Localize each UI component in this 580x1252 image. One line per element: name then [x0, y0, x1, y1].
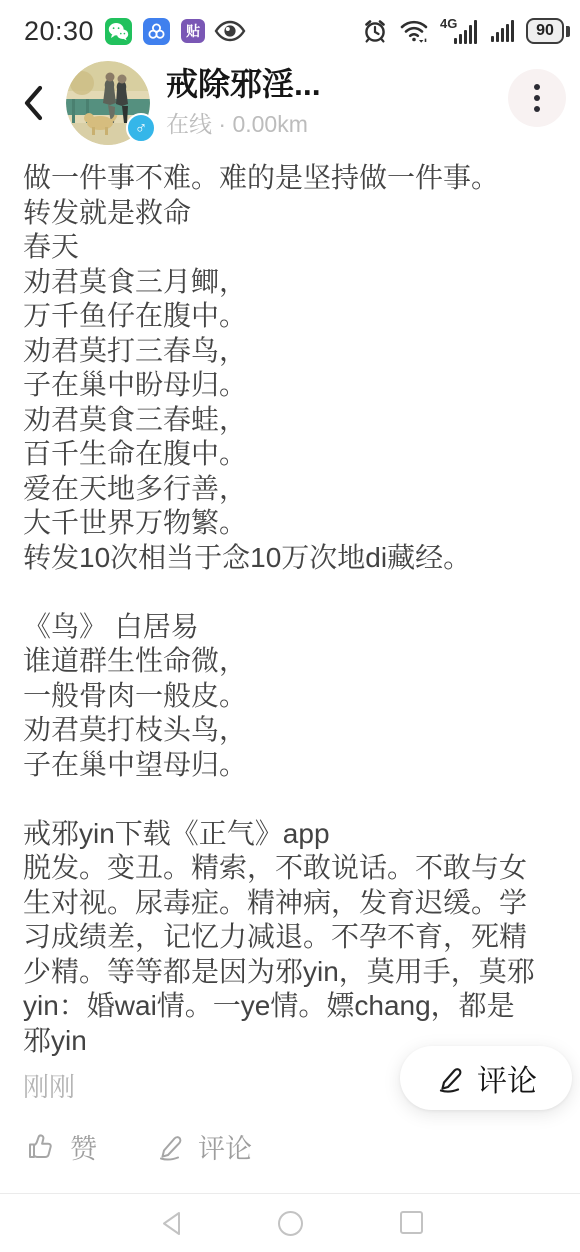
status-bar-right: 4G 90: [362, 17, 570, 45]
post-text-line: 生对视。尿毒症。精神病，发育迟缓。学: [23, 886, 574, 921]
comment-label: 评论: [198, 1127, 252, 1166]
header: ♂ 戒除邪淫... 在线 · 0.00km: [0, 56, 580, 150]
battery-indicator: 90: [526, 18, 570, 44]
post-text-line: 《鸟》 白居易: [23, 610, 574, 645]
post-text-line: 转发就是救命: [23, 196, 574, 231]
post-text-block: 做一件事不难。难的是坚持做一件事。转发就是救命春天劝君莫食三月鲫，万千鱼仔在腹中…: [23, 161, 574, 1058]
cellular-signal-4g-icon: 4G: [440, 17, 480, 45]
gender-male-badge: ♂: [126, 113, 156, 143]
post-text-line: yin：婚wai情。一ye情。嫖chang，都是: [23, 989, 574, 1024]
post-text-line: 万千鱼仔在腹中。: [23, 299, 574, 334]
post-text-line: 转发10次相当于念10万次地di藏经。: [23, 541, 574, 576]
post-text-line: 习成绩差，记忆力减退。不孕不育，死精: [23, 920, 574, 955]
post-text-line: 大千世界万物繁。: [23, 506, 574, 541]
cellular-signal-sim2-icon: [491, 20, 515, 42]
post-text-line: 劝君莫打枝头鸟，: [23, 713, 574, 748]
menu-dot: [534, 106, 540, 112]
header-text: 戒除邪淫... 在线 · 0.00km: [166, 67, 321, 138]
nav-recents-icon[interactable]: [399, 1210, 424, 1240]
android-navigation-bar: [0, 1193, 580, 1252]
post-text-line: 劝君莫打三春鸟，: [23, 334, 574, 369]
nav-home-icon[interactable]: [277, 1210, 304, 1242]
post-text-line: 子在巢中望母归。: [23, 748, 574, 783]
chat-profile-page: 20:30: [0, 0, 580, 1252]
post-text-line: 爱在天地多行善，: [23, 472, 574, 507]
pencil-icon: [435, 1063, 465, 1093]
page-title: 戒除邪淫...: [166, 67, 321, 102]
status-bar-left: 20:30: [24, 16, 246, 47]
pencil-icon: [155, 1131, 185, 1161]
more-options-button[interactable]: [508, 69, 566, 127]
like-button[interactable]: 赞: [25, 1127, 97, 1166]
post-text-line: 子在巢中盼母归。: [23, 368, 574, 403]
menu-dot: [534, 84, 540, 90]
clock-time: 20:30: [24, 16, 94, 47]
post-text-line: 脱发。变丑。精索，不敢说话。不敢与女: [23, 851, 574, 886]
eye-comfort-icon: [214, 20, 246, 42]
post-text-line: 做一件事不难。难的是坚持做一件事。: [23, 161, 574, 196]
thumbs-up-icon: [25, 1130, 57, 1162]
post-text-line: 百千生命在腹中。: [23, 437, 574, 472]
floating-comment-label: 评论: [477, 1056, 537, 1100]
tieba-glyph: 贴: [186, 24, 200, 38]
comment-button[interactable]: 评论: [155, 1127, 252, 1166]
battery-nub: [566, 26, 570, 37]
blue-app-notification-icon: [143, 18, 170, 45]
avatar[interactable]: ♂: [66, 61, 150, 145]
post-text-line: 谁道群生性命微，: [23, 644, 574, 679]
menu-dot: [534, 95, 540, 101]
floating-comment-button[interactable]: 评论: [400, 1046, 572, 1110]
tieba-notification-icon: 贴: [181, 19, 205, 43]
post-action-row: 赞 评论: [25, 1124, 252, 1168]
post-text-line: 春天: [23, 230, 574, 265]
post-text-line: [23, 782, 574, 817]
post-text-line: 劝君莫食三春蛙，: [23, 403, 574, 438]
nav-back-icon[interactable]: [160, 1210, 186, 1242]
like-label: 赞: [70, 1127, 97, 1166]
battery-level: 90: [526, 18, 564, 44]
post-text-line: 一般骨肉一般皮。: [23, 679, 574, 714]
alarm-clock-icon: [362, 18, 388, 44]
post-text-line: 劝君莫食三月鲫，: [23, 265, 574, 300]
wechat-notification-icon: [105, 18, 132, 45]
status-bar: 20:30: [0, 0, 580, 56]
post-text-line: [23, 575, 574, 610]
post-text-line: 戒邪yin下载《正气》app: [23, 817, 574, 852]
wifi-icon: [399, 18, 429, 44]
back-button[interactable]: [22, 84, 46, 122]
post-content: 做一件事不难。难的是坚持做一件事。转发就是救命春天劝君莫食三月鲫，万千鱼仔在腹中…: [23, 150, 574, 1104]
post-text-line: 少精。等等都是因为邪yin，莫用手，莫邪: [23, 955, 574, 990]
online-status-distance: 在线 · 0.00km: [166, 106, 321, 139]
